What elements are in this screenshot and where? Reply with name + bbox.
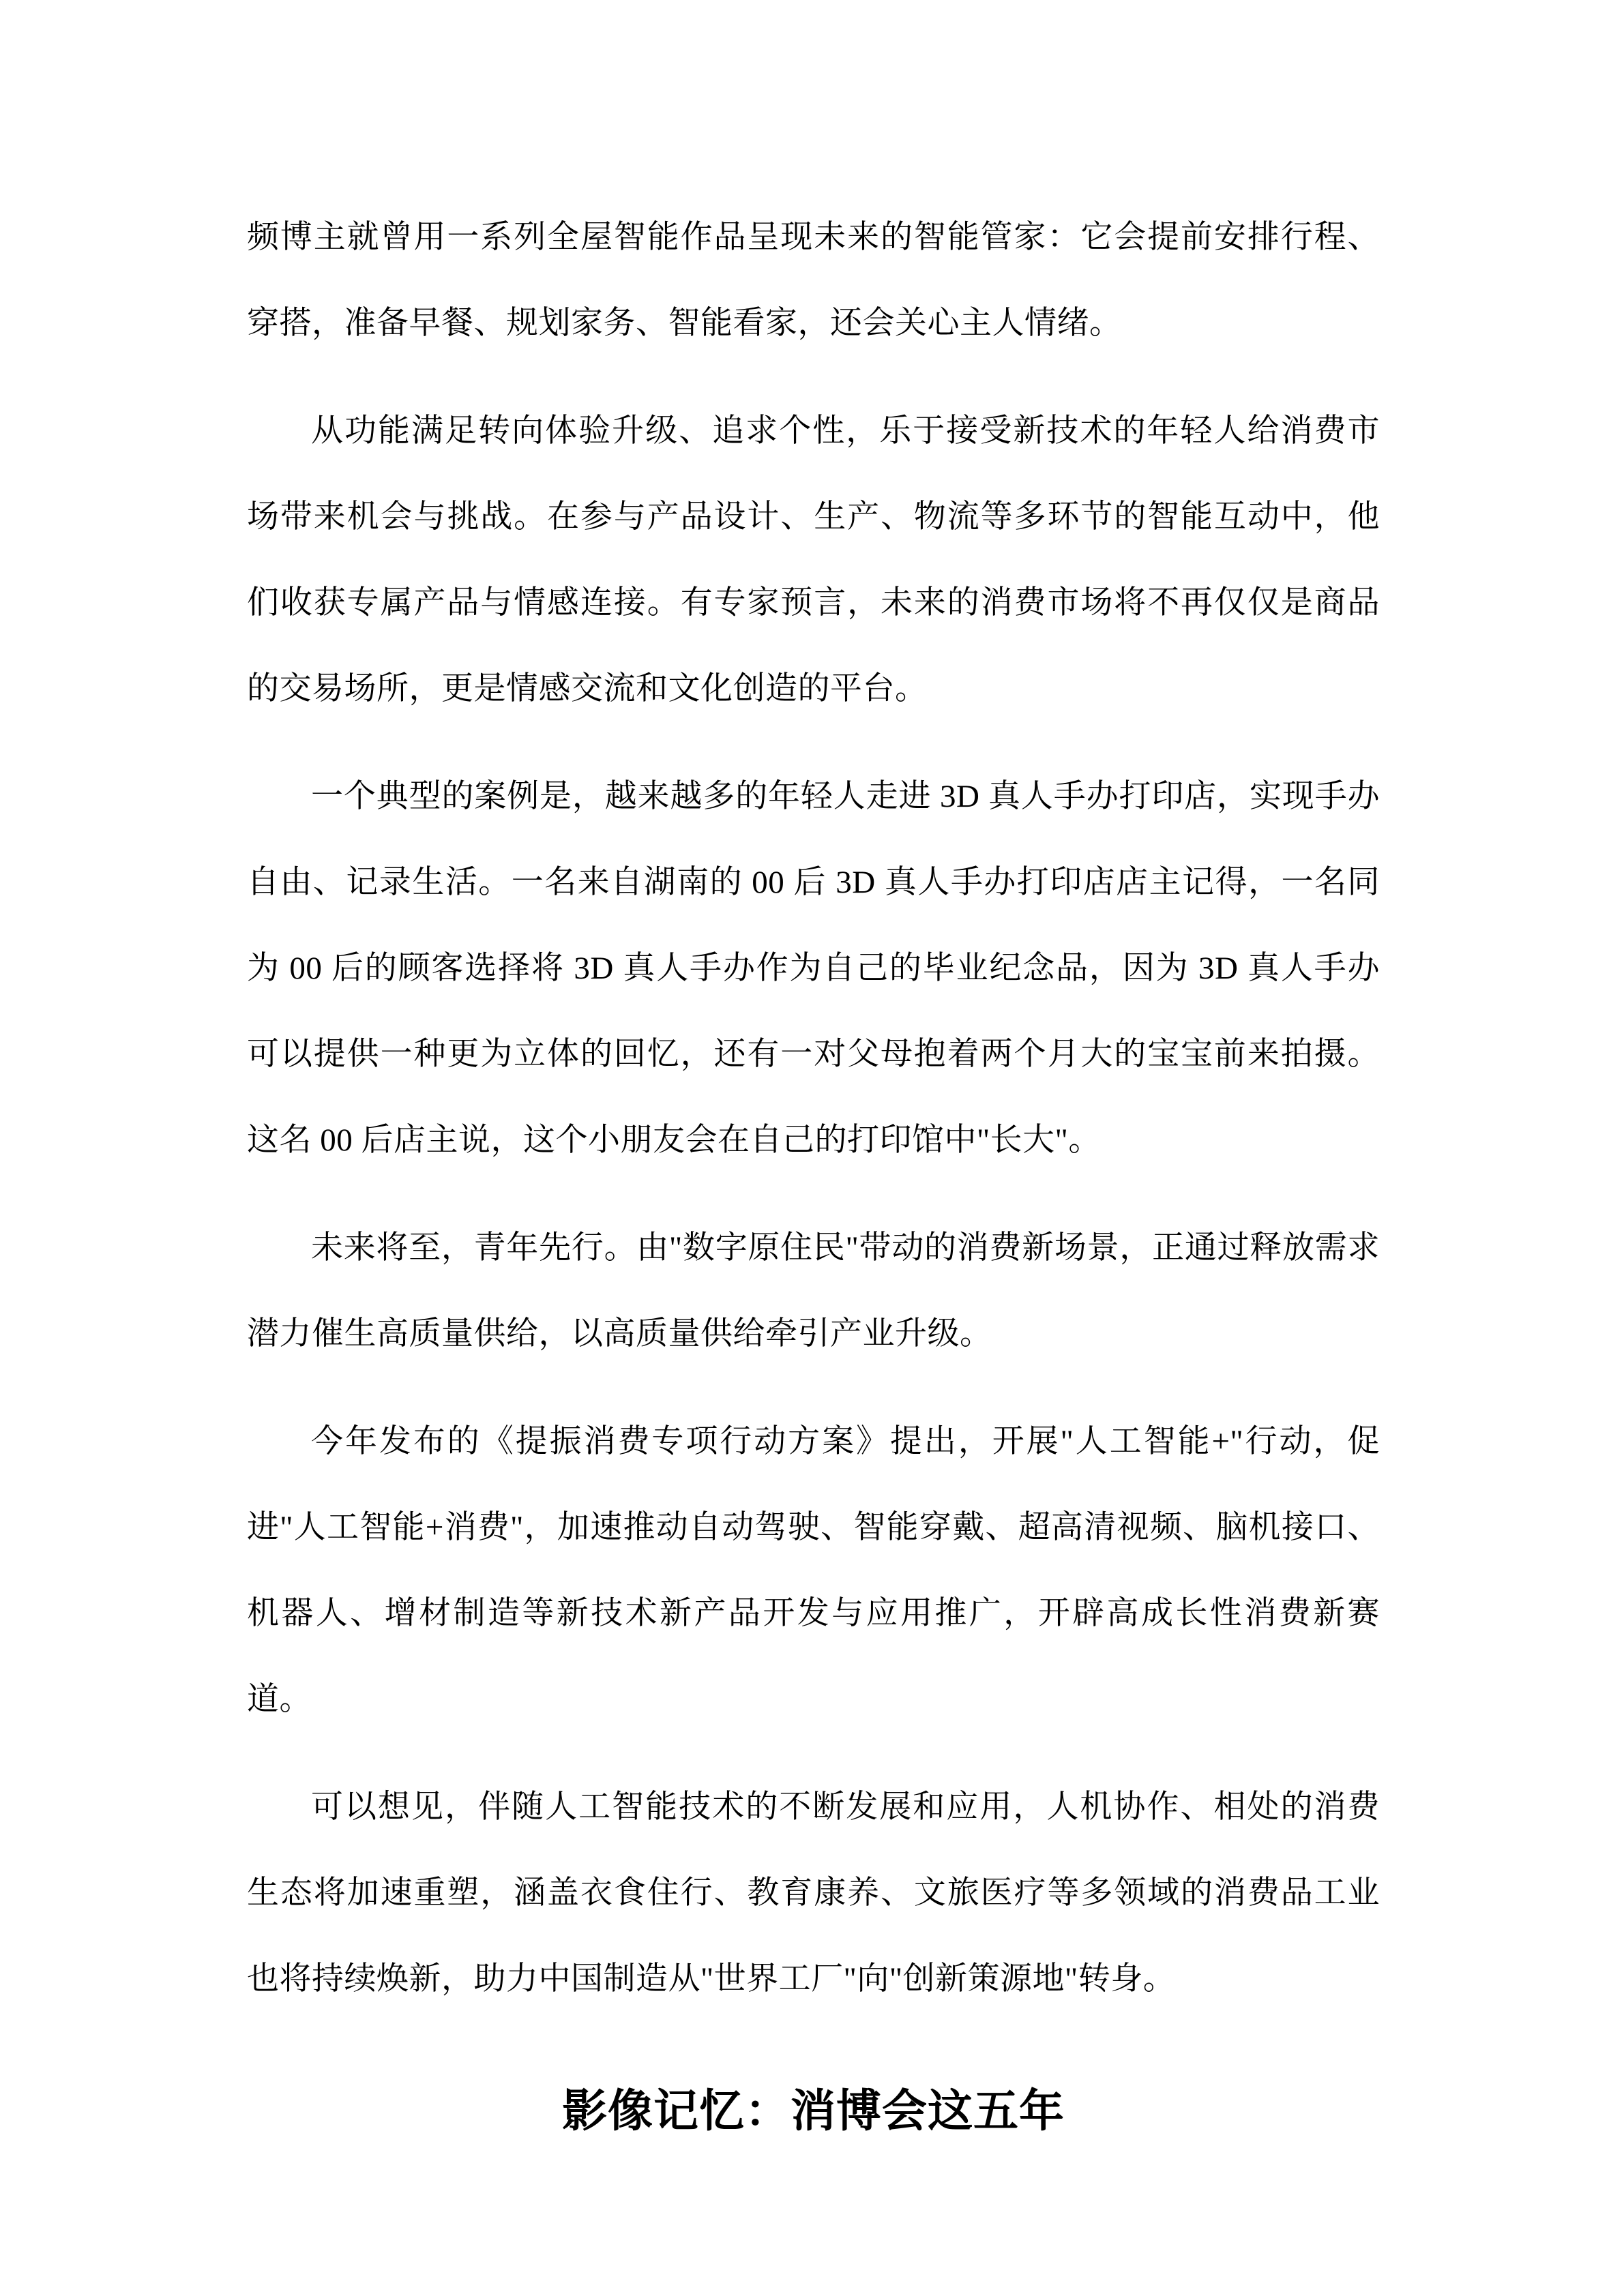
body-paragraph: 从功能满足转向体验升级、追求个性，乐于接受新技术的年轻人给消费市场带来机会与挑战… (247, 388, 1380, 732)
body-paragraph: 今年发布的《提振消费专项行动方案》提出，开展"人工智能+"行动，促进"人工智能+… (247, 1399, 1380, 1742)
article-body: 频博主就曾用一系列全屋智能作品呈现未来的智能管家：它会提前安排行程、穿搭，准备早… (0, 0, 1624, 2143)
document-page: 频博主就曾用一系列全屋智能作品呈现未来的智能管家：它会提前安排行程、穿搭，准备早… (0, 0, 1624, 2296)
body-paragraph: 频博主就曾用一系列全屋智能作品呈现未来的智能管家：它会提前安排行程、穿搭，准备早… (247, 194, 1380, 366)
body-paragraph: 可以想见，伴随人工智能技术的不断发展和应用，人机协作、相处的消费生态将加速重塑，… (247, 1764, 1380, 2022)
section-heading: 影像记忆：消博会这五年 (247, 2081, 1380, 2143)
body-paragraph: 未来将至，青年先行。由"数字原住民"带动的消费新场景，正通过释放需求潜力催生高质… (247, 1205, 1380, 1377)
body-paragraph: 一个典型的案例是，越来越多的年轻人走进 3D 真人手办打印店，实现手办自由、记录… (247, 754, 1380, 1183)
